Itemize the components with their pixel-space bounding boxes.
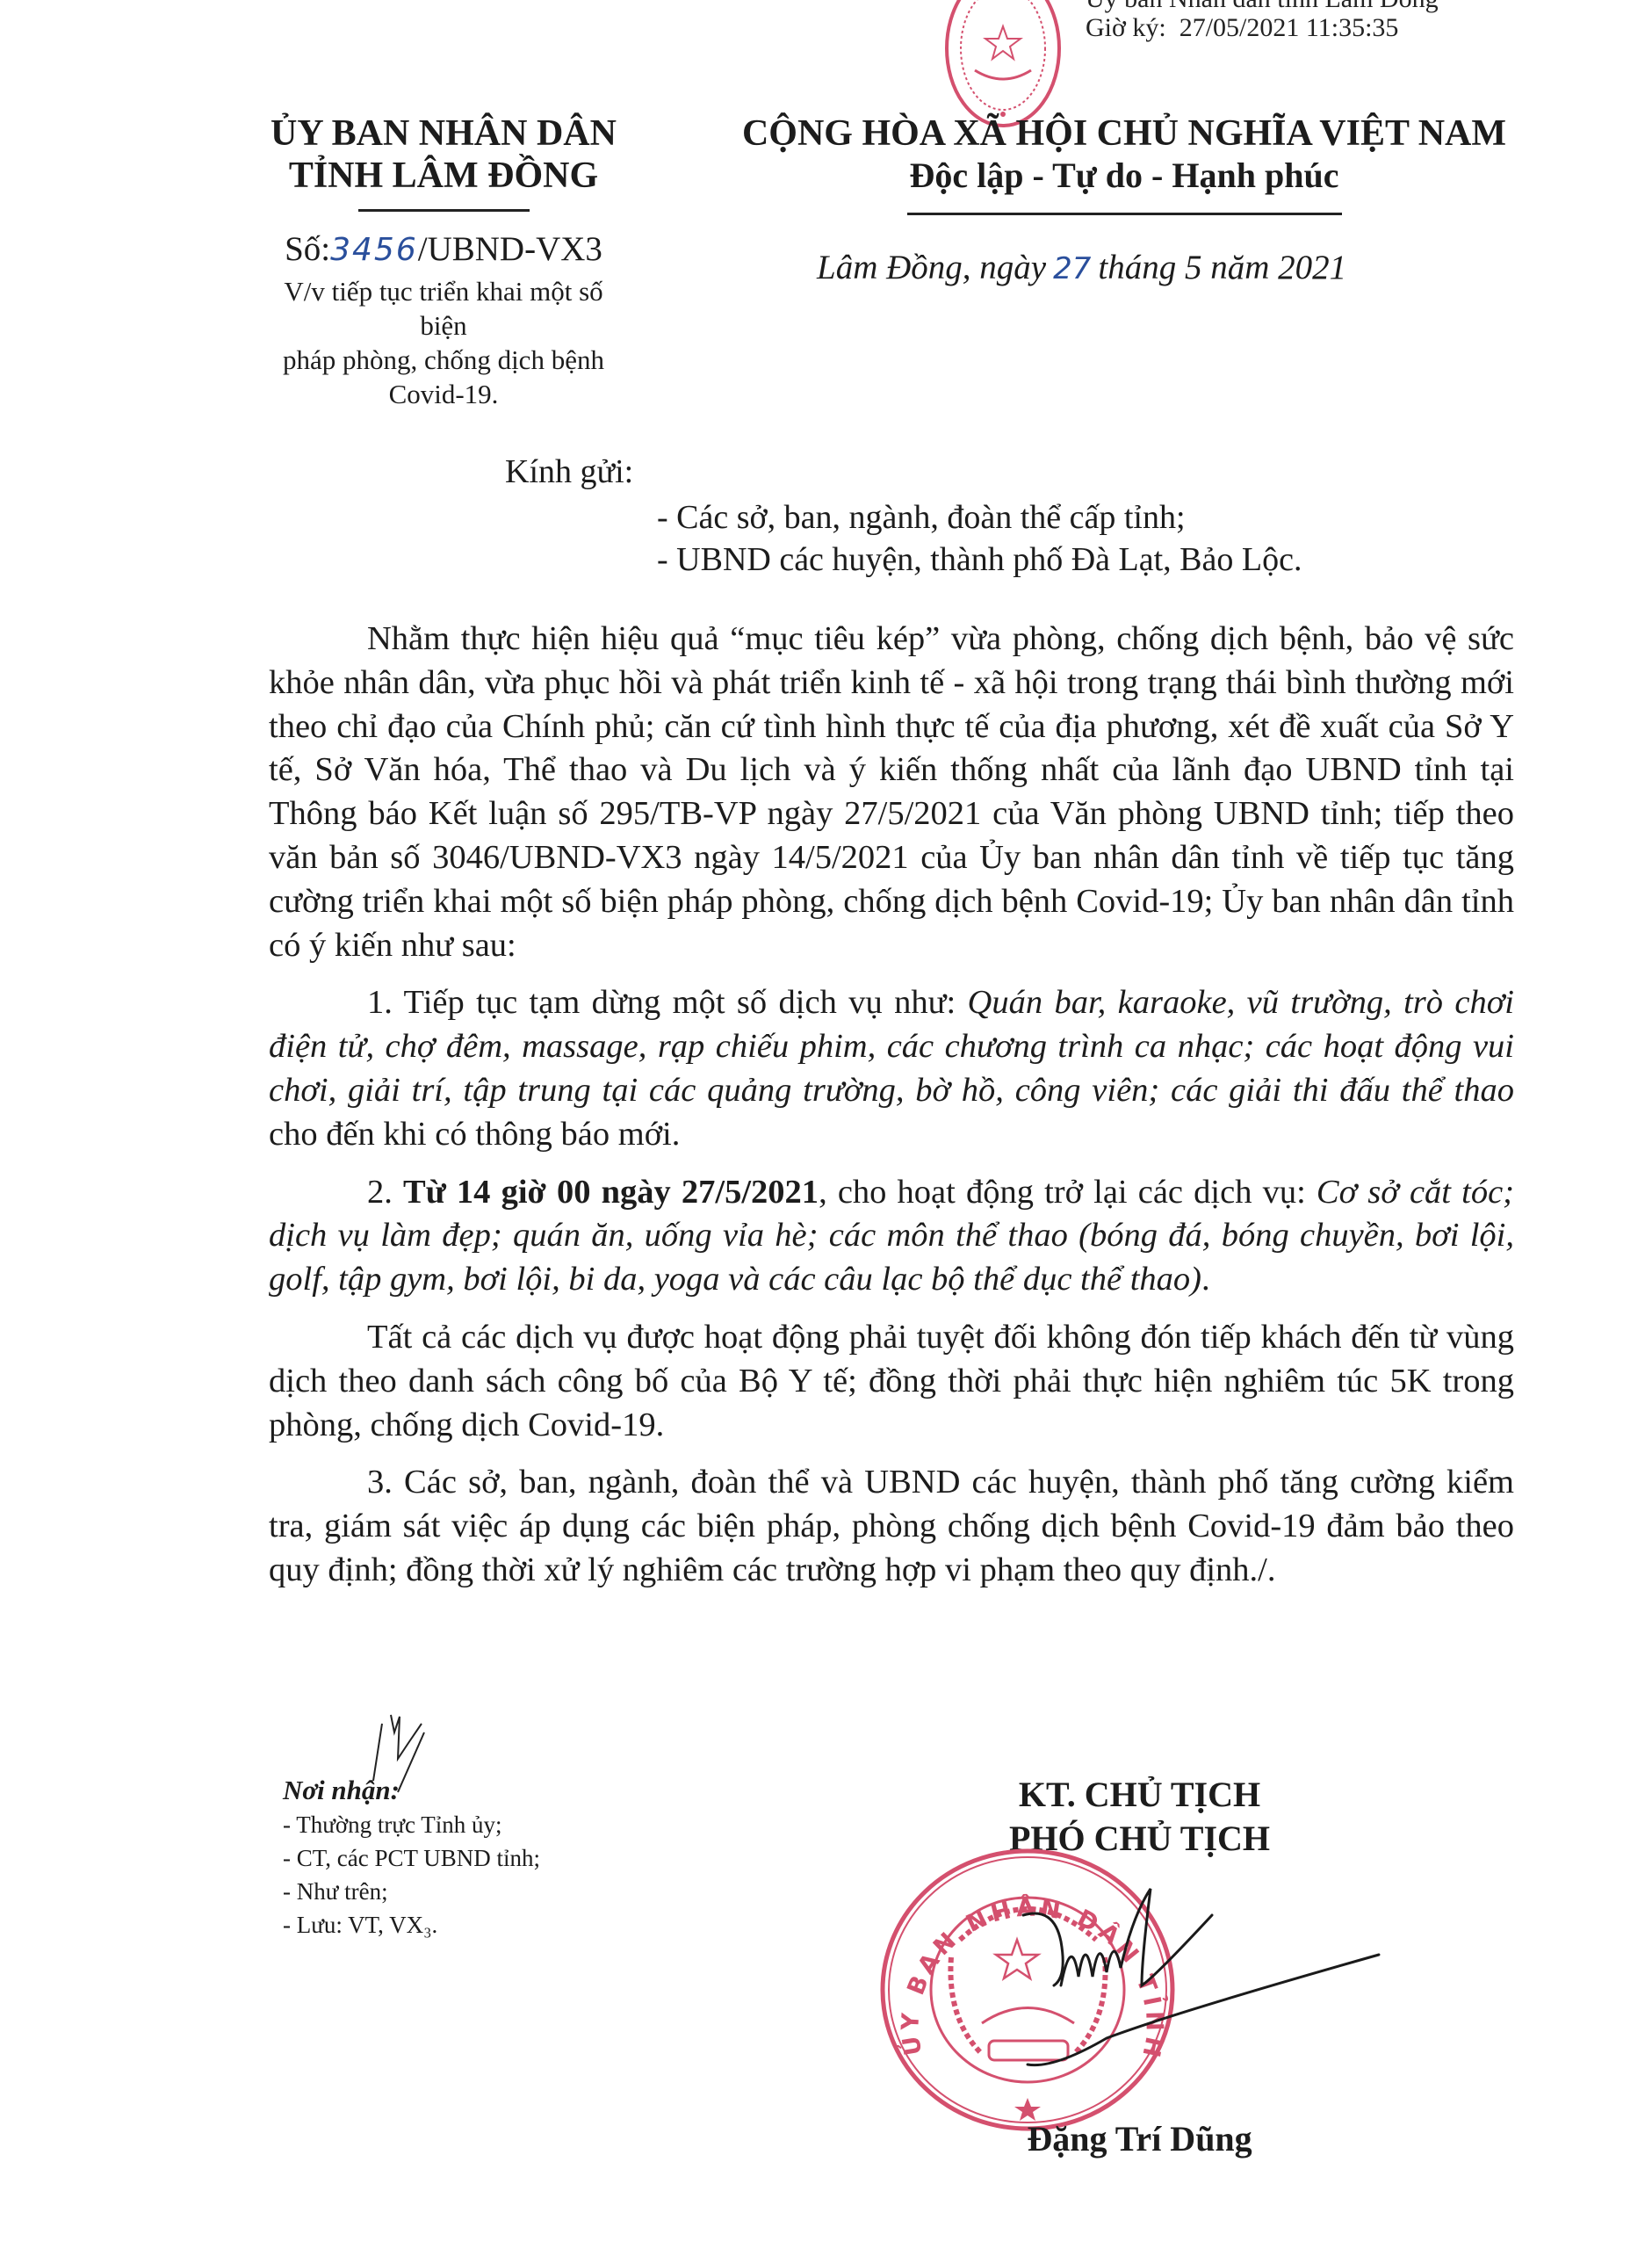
receiver-item: - CT, các PCT UBND tỉnh; (283, 1841, 540, 1875)
national-title: CỘNG HÒA XÃ HỘI CHỦ NGHĨA VIỆT NAM (703, 112, 1546, 155)
receiver-item: - Lưu: VT, VX₃. (283, 1908, 540, 1942)
signer-name: Đặng Trí Dũng (966, 2117, 1313, 2161)
digital-signature-info: Ủy ban Nhân dân tỉnh Lâm Đồng Giờ ký: 27… (1086, 0, 1439, 42)
handwritten-signature-icon (1001, 1880, 1388, 2082)
addressee-item: - UBND các huyện, thành phố Đà Lạt, Bảo … (657, 539, 1302, 580)
digital-signature-signer: Ủy ban Nhân dân tỉnh Lâm Đồng (1086, 0, 1439, 13)
document-number: Số:3456/UBND-VX3 (263, 229, 624, 271)
authority-name-line2: TỈNH LÂM ĐỒNG (263, 155, 624, 197)
handwritten-doc-number: 3456 (330, 232, 418, 268)
authority-underline (358, 209, 530, 212)
addressee-label: Kính gửi: (505, 452, 633, 492)
national-motto: Độc lập - Tự do - Hạnh phúc (703, 155, 1546, 197)
intro-paragraph: Nhằm thực hiện hiệu quả “mục tiêu kép” v… (269, 618, 1514, 967)
handwritten-day: 27 (1046, 251, 1098, 286)
document-subject: V/v tiếp tục triển khai một số biện pháp… (263, 274, 624, 411)
authority-name-line1: ỦY BAN NHÂN DÂN (263, 112, 624, 155)
note-paragraph: Tất cả các dịch vụ được hoạt động phải t… (269, 1316, 1514, 1447)
receiver-item: - Như trên; (283, 1875, 540, 1908)
addressee-item: - Các sở, ban, ngành, đoàn thể cấp tỉnh; (657, 497, 1186, 538)
item-2-paragraph: 2. Từ 14 giờ 00 ngày 27/5/2021, cho hoạt… (269, 1171, 1514, 1302)
receivers-title: Nơi nhận: (283, 1773, 540, 1808)
digital-signature-time: Giờ ký: 27/05/2021 11:35:35 (1086, 13, 1439, 42)
motto-underline (907, 213, 1342, 215)
receiver-item: - Thường trực Tỉnh ủy; (283, 1808, 540, 1841)
place-date-line: Lâm Đồng, ngày27tháng 5 năm 2021 (817, 248, 1432, 289)
document-body: Nhằm thực hiện hiệu quả “mục tiêu kép” v… (269, 618, 1514, 1607)
national-heading-block: CỘNG HÒA XÃ HỘI CHỦ NGHĨA VIỆT NAM Độc l… (703, 112, 1546, 215)
receivers-block: Nơi nhận: - Thường trực Tỉnh ủy; - CT, c… (283, 1773, 540, 1942)
issuing-authority-block: ỦY BAN NHÂN DÂN TỈNH LÂM ĐỒNG Số:3456/UB… (263, 112, 624, 411)
item-3-paragraph: 3. Các sở, ban, ngành, đoàn thể và UBND … (269, 1461, 1514, 1592)
item-1-paragraph: 1. Tiếp tục tạm dừng một số dịch vụ như:… (269, 981, 1514, 1156)
